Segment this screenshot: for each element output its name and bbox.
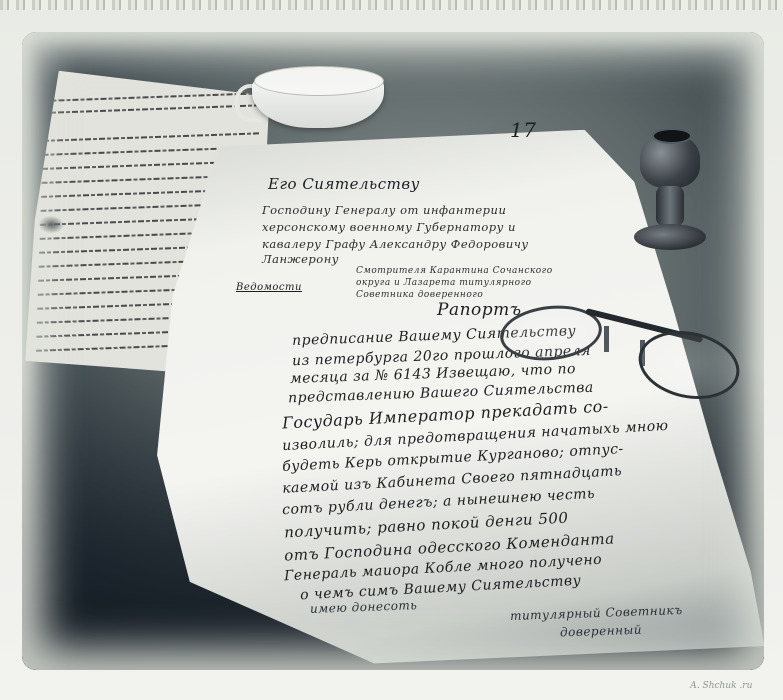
pince-nez-spectacles	[490, 300, 740, 410]
side-note-line: Смотрителя Карантина Сочанского	[356, 266, 553, 276]
letter-line	[44, 104, 261, 114]
margin-note: Ведомости	[236, 282, 302, 293]
address-line: кавалеру Графу Александру Федоровичу	[262, 237, 529, 251]
spectacles-lens	[632, 322, 745, 408]
photographer-signature: А. Shchuk .ru	[690, 681, 752, 691]
letter-line	[44, 92, 261, 102]
page-number: 17	[510, 118, 536, 142]
inkwell-base	[634, 224, 706, 250]
letter-line	[43, 132, 260, 142]
side-note-line: округа и Лазарета титулярного	[356, 278, 532, 288]
body-line: доверенный	[560, 623, 642, 640]
inkwell-mouth	[652, 128, 692, 144]
spectacles-clip	[604, 326, 609, 352]
inkwell-stem	[656, 186, 684, 226]
address-line: херсонскому военному Губернатору и	[262, 220, 516, 234]
grunge-border	[0, 0, 783, 10]
addressee: Его Сиятельству	[268, 175, 420, 193]
teacup	[234, 62, 384, 132]
address-line: Ланжерону	[262, 252, 339, 266]
side-note-line: Советника доверенного	[356, 290, 483, 300]
inkwell	[632, 124, 712, 274]
cup-rim	[254, 66, 384, 96]
ink-blot	[38, 215, 65, 234]
address-line: Господину Генералу от инфантерии	[262, 203, 506, 217]
